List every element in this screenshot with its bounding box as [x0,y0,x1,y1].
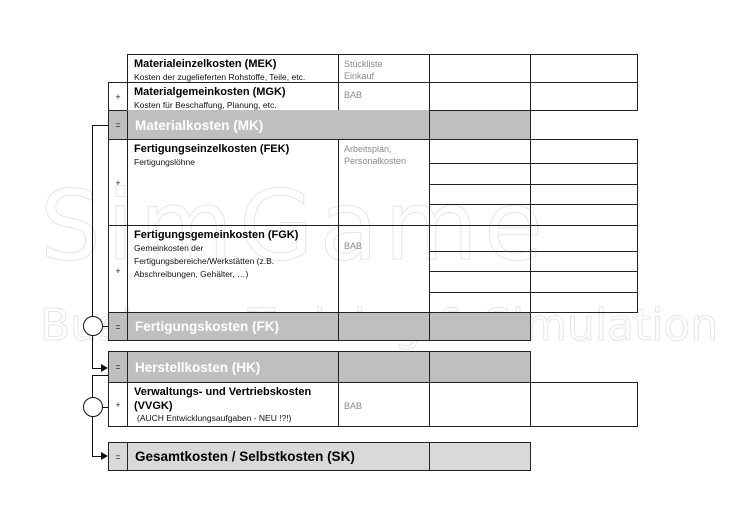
connector-mk-horizontal [92,125,108,126]
mk-value-cell[interactable] [429,110,531,140]
mk-source-cell [338,110,430,140]
mk-title: Materialkosten (MK) [127,110,339,140]
mek-source-cell: Stückliste Einkauf [338,54,430,83]
fgk-value-cell-2c[interactable] [530,271,638,293]
fgk-value-cell-2d[interactable] [530,292,638,313]
fgk-subtitle-line1: Gemeinkosten der [134,242,338,255]
mgk-value-cell-2[interactable] [530,82,638,111]
hk-title: Herstellkosten (HK) [127,351,339,383]
fgk-sign: + [108,225,128,313]
fek-value-cell-2c[interactable] [530,184,638,205]
fk-sign: = [108,312,128,341]
connector-vvgk-horizontal [102,407,108,408]
mek-value-cell-2[interactable] [530,54,638,83]
connector-sk-vertical [92,416,93,457]
mgk-title: Materialgemeinkosten (MGK) [134,85,338,99]
mek-title: Materialeinzelkosten (MEK) [134,57,338,71]
vvgk-value-cell-1[interactable] [429,382,531,427]
fk-value-cell[interactable] [429,312,531,341]
fek-source-cell: Arbeitsplan, Personalkosten [338,139,430,226]
fek-description-cell: Fertigungseinzelkosten (FEK) Fertigungsl… [127,139,339,226]
connector-hk-vvgk-vertical [92,375,93,397]
fgk-title: Fertigungsgemeinkosten (FGK) [134,228,338,242]
fek-value-cell-1c[interactable] [429,184,531,205]
fgk-value-cell-2a[interactable] [530,225,638,252]
fek-value-cell-2a[interactable] [530,139,638,164]
sk-title: Gesamtkosten / Selbstkosten (SK) [127,442,430,471]
vvgk-sign: + [108,382,128,427]
arrow-to-sk-icon [101,452,108,460]
mgk-description-cell: Materialgemeinkosten (MGK) Kosten für Be… [127,82,339,111]
mek-description-cell: Materialeinzelkosten (MEK) Kosten der zu… [127,54,339,83]
vvgk-source-cell: BAB [338,382,430,427]
fek-subtitle: Fertigungslöhne [134,156,338,168]
vvgk-description-cell: Verwaltungs- und Vertriebskosten (VVGK) … [127,382,339,427]
fk-source-cell [338,312,430,341]
fgk-value-cell-1a[interactable] [429,225,531,252]
fek-source-line2: Personalkosten [344,155,429,167]
vvgk-title-line2: (VVGK) [134,399,338,413]
sk-value-cell[interactable] [429,442,531,471]
connector-fk-horizontal [102,326,108,327]
mek-value-cell-1[interactable] [429,54,531,83]
vvgk-value-cell-2[interactable] [530,382,638,427]
mgk-source-cell: BAB [338,82,430,111]
mek-source-line1: Stückliste [344,58,429,70]
fgk-subtitle-line2: Fertigungsbereiche/Werkstätten (z.B. [134,255,338,268]
fgk-subtitle-line3: Abschreibungen, Gehälter, …) [134,268,338,281]
mek-source-line2: Einkauf [344,70,429,82]
hk-source-cell [338,351,430,383]
fek-source-line1: Arbeitsplan, [344,143,429,155]
fgk-value-cell-2b[interactable] [530,251,638,272]
hk-sign: = [108,351,128,383]
connector-mk-fk-vertical [92,125,93,316]
vvgk-title-line1: Verwaltungs- und Vertriebskosten [134,385,338,399]
hk-value-cell[interactable] [429,351,531,383]
connector-fk-hk-vertical [92,335,93,369]
sk-sign: = [108,442,128,471]
fk-title: Fertigungskosten (FK) [127,312,339,341]
fek-value-cell-1a[interactable] [429,139,531,164]
fgk-source-cell: BAB [338,225,430,313]
fek-sign: + [108,139,128,226]
sum-circle-fk [83,316,103,336]
arrow-to-hk-icon [101,364,108,372]
fek-value-cell-2b[interactable] [530,163,638,185]
fek-value-cell-1d[interactable] [429,204,531,226]
fek-value-cell-2d[interactable] [530,204,638,226]
mgk-value-cell-1[interactable] [429,82,531,111]
connector-hk-out-horizontal [92,375,108,376]
fgk-value-cell-1b[interactable] [429,251,531,272]
vvgk-subtitle: (AUCH Entwicklungsaufgaben - NEU !?!) [134,413,338,424]
mk-sign: = [108,110,128,140]
fek-title: Fertigungseinzelkosten (FEK) [134,142,338,156]
fek-value-cell-1b[interactable] [429,163,531,185]
fgk-value-cell-1c[interactable] [429,271,531,293]
fgk-description-cell: Fertigungsgemeinkosten (FGK) Gemeinkoste… [127,225,339,313]
sum-circle-sk [83,397,103,417]
mgk-sign: + [108,82,128,111]
fgk-value-cell-1d[interactable] [429,292,531,313]
